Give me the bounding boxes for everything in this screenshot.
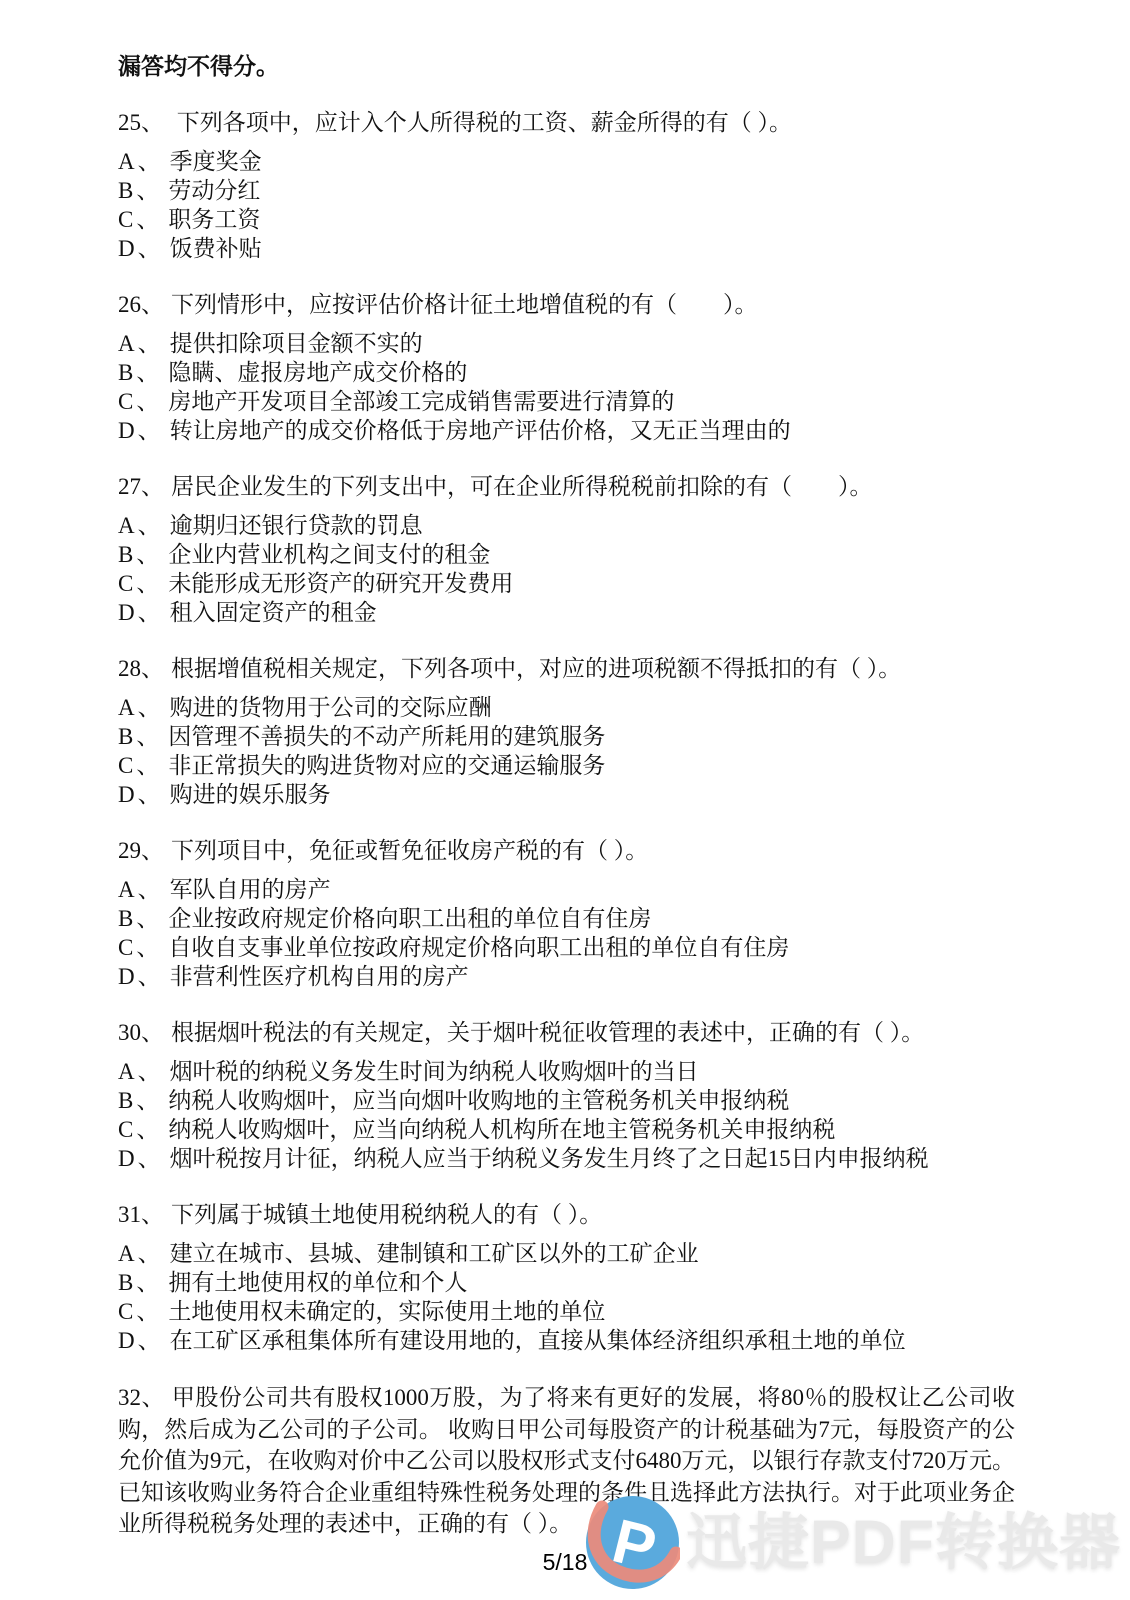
option-text: 非营利性医疗机构自用的房产 xyxy=(170,964,469,989)
question-text: 居民企业发生的下列支出中，可在企业所得税税前扣除的有（ ）。 xyxy=(171,474,873,499)
option-text: 纳税人收购烟叶，应当向纳税人机构所在地主管税务机关申报纳税 xyxy=(168,1117,835,1142)
option-text: 企业内营业机构之间支付的租金 xyxy=(168,542,490,567)
questions-list: 25、 下列各项中，应计入个人所得税的工资、薪金所得的有（ ）。A、季度奖金B、… xyxy=(118,108,1015,1540)
option-row: D、在工矿区承租集体所有建设用地的，直接从集体经济组织承租土地的单位 xyxy=(118,1326,1015,1355)
option-letter: D xyxy=(118,1328,135,1353)
option-row: B、企业内营业机构之间支付的租金 xyxy=(118,540,1015,569)
option-row: D、饭费补贴 xyxy=(118,234,1015,263)
options-list: A、逾期归还银行贷款的罚息B、企业内营业机构之间支付的租金C、未能形成无形资产的… xyxy=(118,511,1015,627)
enumeration-comma: 、 xyxy=(136,571,159,596)
option-text: 房地产开发项目全部竣工完成销售需要进行清算的 xyxy=(168,389,674,414)
enumeration-comma: 、 xyxy=(141,1202,164,1227)
option-row: B、隐瞒、虚报房地产成交价格的 xyxy=(118,358,1015,387)
enumeration-comma: 、 xyxy=(136,935,159,960)
option-row: B、纳税人收购烟叶，应当向烟叶收购地的主管税务机关申报纳税 xyxy=(118,1086,1015,1115)
options-list: A、提供扣除项目金额不实的B、隐瞒、虚报房地产成交价格的C、房地产开发项目全部竣… xyxy=(118,329,1015,445)
option-letter: B xyxy=(118,906,133,931)
enumeration-comma: 、 xyxy=(138,513,161,538)
option-row: D、转让房地产的成交价格低于房地产评估价格，又无正当理由的 xyxy=(118,416,1015,445)
option-letter: B xyxy=(118,360,133,385)
option-row: B、劳动分红 xyxy=(118,176,1015,205)
option-text: 烟叶税的纳税义务发生时间为纳税人收购烟叶的当日 xyxy=(170,1059,699,1084)
option-text: 非正常损失的购进货物对应的交通运输服务 xyxy=(168,753,605,778)
question-block: 30、根据烟叶税法的有关规定，关于烟叶税征收管理的表述中，正确的有（ ）。A、烟… xyxy=(118,1018,1015,1173)
option-text: 提供扣除项目金额不实的 xyxy=(170,331,423,356)
question-stem: 28、根据增值税相关规定，下列各项中，对应的进项税额不得抵扣的有（ ）。 xyxy=(118,654,1015,683)
option-letter: D xyxy=(118,418,135,443)
option-letter: D xyxy=(118,600,135,625)
option-text: 隐瞒、虚报房地产成交价格的 xyxy=(168,360,467,385)
enumeration-comma: 、 xyxy=(141,110,164,135)
question-stem: 26、下列情形中，应按评估价格计征土地增值税的有（ ）。 xyxy=(118,290,1015,319)
enumeration-comma: 、 xyxy=(138,1146,161,1171)
question-text: 下列项目中，免征或暂免征收房产税的有（ ）。 xyxy=(171,838,648,863)
option-letter: A xyxy=(118,695,135,720)
option-text: 未能形成无形资产的研究开发费用 xyxy=(168,571,513,596)
option-row: D、购进的娱乐服务 xyxy=(118,780,1015,809)
enumeration-comma: 、 xyxy=(141,1385,165,1410)
option-text: 逾期归还银行贷款的罚息 xyxy=(170,513,423,538)
option-letter: A xyxy=(118,1241,135,1266)
enumeration-comma: 、 xyxy=(136,753,159,778)
option-letter: B xyxy=(118,178,133,203)
option-letter: C xyxy=(118,571,133,596)
enumeration-comma: 、 xyxy=(136,542,159,567)
option-row: B、因管理不善损失的不动产所耗用的建筑服务 xyxy=(118,722,1015,751)
option-row: B、拥有土地使用权的单位和个人 xyxy=(118,1268,1015,1297)
enumeration-comma: 、 xyxy=(138,1328,161,1353)
option-text: 劳动分红 xyxy=(168,178,260,203)
question-block: 26、下列情形中，应按评估价格计征土地增值税的有（ ）。A、提供扣除项目金额不实… xyxy=(118,290,1015,445)
option-letter: A xyxy=(118,331,135,356)
option-letter: D xyxy=(118,964,135,989)
question-number: 27 xyxy=(118,474,141,499)
enumeration-comma: 、 xyxy=(136,178,159,203)
option-row: C、自收自支事业单位按政府规定价格向职工出租的单位自有住房 xyxy=(118,933,1015,962)
enumeration-comma: 、 xyxy=(136,1088,159,1113)
question-text: 下列属于城镇土地使用税纳税人的有（ ）。 xyxy=(171,1202,602,1227)
option-row: A、军队自用的房产 xyxy=(118,875,1015,904)
option-letter: C xyxy=(118,389,133,414)
option-text: 军队自用的房产 xyxy=(170,877,331,902)
question-number: 25 xyxy=(118,110,141,135)
option-text: 在工矿区承租集体所有建设用地的，直接从集体经济组织承租土地的单位 xyxy=(170,1328,906,1353)
enumeration-comma: 、 xyxy=(141,656,164,681)
enumeration-comma: 、 xyxy=(138,782,161,807)
option-letter: C xyxy=(118,753,133,778)
option-letter: A xyxy=(118,149,135,174)
enumeration-comma: 、 xyxy=(136,1117,159,1142)
option-letter: B xyxy=(118,1270,133,1295)
option-text: 企业按政府规定价格向职工出租的单位自有住房 xyxy=(168,906,651,931)
option-row: A、烟叶税的纳税义务发生时间为纳税人收购烟叶的当日 xyxy=(118,1057,1015,1086)
question-stem: 27、居民企业发生的下列支出中，可在企业所得税税前扣除的有（ ）。 xyxy=(118,472,1015,501)
option-row: A、建立在城市、县城、建制镇和工矿区以外的工矿企业 xyxy=(118,1239,1015,1268)
question-block: 31、下列属于城镇土地使用税纳税人的有（ ）。A、建立在城市、县城、建制镇和工矿… xyxy=(118,1200,1015,1355)
option-row: D、烟叶税按月计征，纳税人应当于纳税义务发生月终了之日起15日内申报纳税 xyxy=(118,1144,1015,1173)
option-text: 因管理不善损失的不动产所耗用的建筑服务 xyxy=(168,724,605,749)
option-text: 土地使用权未确定的，实际使用土地的单位 xyxy=(168,1299,605,1324)
option-text: 烟叶税按月计征，纳税人应当于纳税义务发生月终了之日起15日内申报纳税 xyxy=(170,1146,929,1171)
option-row: A、提供扣除项目金额不实的 xyxy=(118,329,1015,358)
document-page: 漏答均不得分。 25、 下列各项中，应计入个人所得税的工资、薪金所得的有（ ）。… xyxy=(0,0,1130,1600)
option-row: C、纳税人收购烟叶，应当向纳税人机构所在地主管税务机关申报纳税 xyxy=(118,1115,1015,1144)
question-number: 32 xyxy=(118,1385,141,1410)
options-list: A、购进的货物用于公司的交际应酬B、因管理不善损失的不动产所耗用的建筑服务C、非… xyxy=(118,693,1015,809)
options-list: A、军队自用的房产B、企业按政府规定价格向职工出租的单位自有住房C、自收自支事业… xyxy=(118,875,1015,991)
option-letter: A xyxy=(118,1059,135,1084)
option-row: C、非正常损失的购进货物对应的交通运输服务 xyxy=(118,751,1015,780)
question-number: 31 xyxy=(118,1202,141,1227)
question-text: 下列各项中，应计入个人所得税的工资、薪金所得的有（ ）。 xyxy=(171,110,792,135)
page-content: 漏答均不得分。 25、 下列各项中，应计入个人所得税的工资、薪金所得的有（ ）。… xyxy=(118,52,1015,1540)
option-letter: A xyxy=(118,877,135,902)
question-block: 28、根据增值税相关规定，下列各项中，对应的进项税额不得抵扣的有（ ）。A、购进… xyxy=(118,654,1015,809)
option-text: 自收自支事业单位按政府规定价格向职工出租的单位自有住房 xyxy=(168,935,789,960)
options-list: A、烟叶税的纳税义务发生时间为纳税人收购烟叶的当日B、纳税人收购烟叶，应当向烟叶… xyxy=(118,1057,1015,1173)
option-text: 购进的货物用于公司的交际应酬 xyxy=(170,695,492,720)
option-row: D、租入固定资产的租金 xyxy=(118,598,1015,627)
option-row: A、逾期归还银行贷款的罚息 xyxy=(118,511,1015,540)
enumeration-comma: 、 xyxy=(138,236,161,261)
enumeration-comma: 、 xyxy=(136,389,159,414)
enumeration-comma: 、 xyxy=(141,838,164,863)
enumeration-comma: 、 xyxy=(138,695,161,720)
enumeration-comma: 、 xyxy=(138,964,161,989)
option-row: C、房地产开发项目全部竣工完成销售需要进行清算的 xyxy=(118,387,1015,416)
option-text: 职务工资 xyxy=(168,207,260,232)
option-row: D、非营利性医疗机构自用的房产 xyxy=(118,962,1015,991)
option-letter: D xyxy=(118,236,135,261)
question-text: 根据增值税相关规定，下列各项中，对应的进项税额不得抵扣的有（ ）。 xyxy=(171,656,901,681)
question-text: 下列情形中，应按评估价格计征土地增值税的有（ ）。 xyxy=(171,292,758,317)
option-text: 建立在城市、县城、建制镇和工矿区以外的工矿企业 xyxy=(170,1241,699,1266)
question-number: 28 xyxy=(118,656,141,681)
option-row: A、购进的货物用于公司的交际应酬 xyxy=(118,693,1015,722)
option-letter: C xyxy=(118,207,133,232)
enumeration-comma: 、 xyxy=(138,418,161,443)
enumeration-comma: 、 xyxy=(141,1020,164,1045)
option-text: 饭费补贴 xyxy=(170,236,262,261)
option-letter: D xyxy=(118,782,135,807)
options-list: A、季度奖金B、劳动分红C、职务工资D、饭费补贴 xyxy=(118,147,1015,263)
enumeration-comma: 、 xyxy=(138,149,161,174)
option-text: 购进的娱乐服务 xyxy=(170,782,331,807)
question-stem: 29、下列项目中，免征或暂免征收房产税的有（ ）。 xyxy=(118,836,1015,865)
option-letter: B xyxy=(118,724,133,749)
option-letter: B xyxy=(118,1088,133,1113)
question-text: 根据烟叶税法的有关规定，关于烟叶税征收管理的表述中，正确的有（ ）。 xyxy=(171,1020,924,1045)
header-note: 漏答均不得分。 xyxy=(118,52,1015,81)
question-block: 25、 下列各项中，应计入个人所得税的工资、薪金所得的有（ ）。A、季度奖金B、… xyxy=(118,108,1015,263)
option-row: A、季度奖金 xyxy=(118,147,1015,176)
question-stem: 31、下列属于城镇土地使用税纳税人的有（ ）。 xyxy=(118,1200,1015,1229)
option-letter: D xyxy=(118,1146,135,1171)
option-letter: C xyxy=(118,935,133,960)
question-number: 30 xyxy=(118,1020,141,1045)
enumeration-comma: 、 xyxy=(138,600,161,625)
enumeration-comma: 、 xyxy=(138,331,161,356)
enumeration-comma: 、 xyxy=(136,207,159,232)
enumeration-comma: 、 xyxy=(136,360,159,385)
enumeration-comma: 、 xyxy=(138,1241,161,1266)
question-stem: 25、 下列各项中，应计入个人所得税的工资、薪金所得的有（ ）。 xyxy=(118,108,1015,137)
enumeration-comma: 、 xyxy=(136,724,159,749)
enumeration-comma: 、 xyxy=(136,1270,159,1295)
enumeration-comma: 、 xyxy=(136,906,159,931)
option-row: B、企业按政府规定价格向职工出租的单位自有住房 xyxy=(118,904,1015,933)
enumeration-comma: 、 xyxy=(141,474,164,499)
option-letter: A xyxy=(118,513,135,538)
option-row: C、土地使用权未确定的，实际使用土地的单位 xyxy=(118,1297,1015,1326)
question-stem: 30、根据烟叶税法的有关规定，关于烟叶税征收管理的表述中，正确的有（ ）。 xyxy=(118,1018,1015,1047)
option-letter: B xyxy=(118,542,133,567)
option-text: 转让房地产的成交价格低于房地产评估价格，又无正当理由的 xyxy=(170,418,791,443)
question-number: 29 xyxy=(118,838,141,863)
question-block: 27、居民企业发生的下列支出中，可在企业所得税税前扣除的有（ ）。A、逾期归还银… xyxy=(118,472,1015,627)
option-row: C、未能形成无形资产的研究开发费用 xyxy=(118,569,1015,598)
option-row: C、职务工资 xyxy=(118,205,1015,234)
question-block: 29、下列项目中，免征或暂免征收房产税的有（ ）。A、军队自用的房产B、企业按政… xyxy=(118,836,1015,991)
option-letter: C xyxy=(118,1117,133,1142)
enumeration-comma: 、 xyxy=(138,1059,161,1084)
option-text: 季度奖金 xyxy=(170,149,262,174)
enumeration-comma: 、 xyxy=(136,1299,159,1324)
question-number: 26 xyxy=(118,292,141,317)
enumeration-comma: 、 xyxy=(138,877,161,902)
option-text: 拥有土地使用权的单位和个人 xyxy=(168,1270,467,1295)
option-letter: C xyxy=(118,1299,133,1324)
options-list: A、建立在城市、县城、建制镇和工矿区以外的工矿企业B、拥有土地使用权的单位和个人… xyxy=(118,1239,1015,1355)
option-text: 租入固定资产的租金 xyxy=(170,600,377,625)
enumeration-comma: 、 xyxy=(141,292,164,317)
option-text: 纳税人收购烟叶，应当向烟叶收购地的主管税务机关申报纳税 xyxy=(168,1088,789,1113)
page-number: 5/18 xyxy=(0,1549,1130,1576)
